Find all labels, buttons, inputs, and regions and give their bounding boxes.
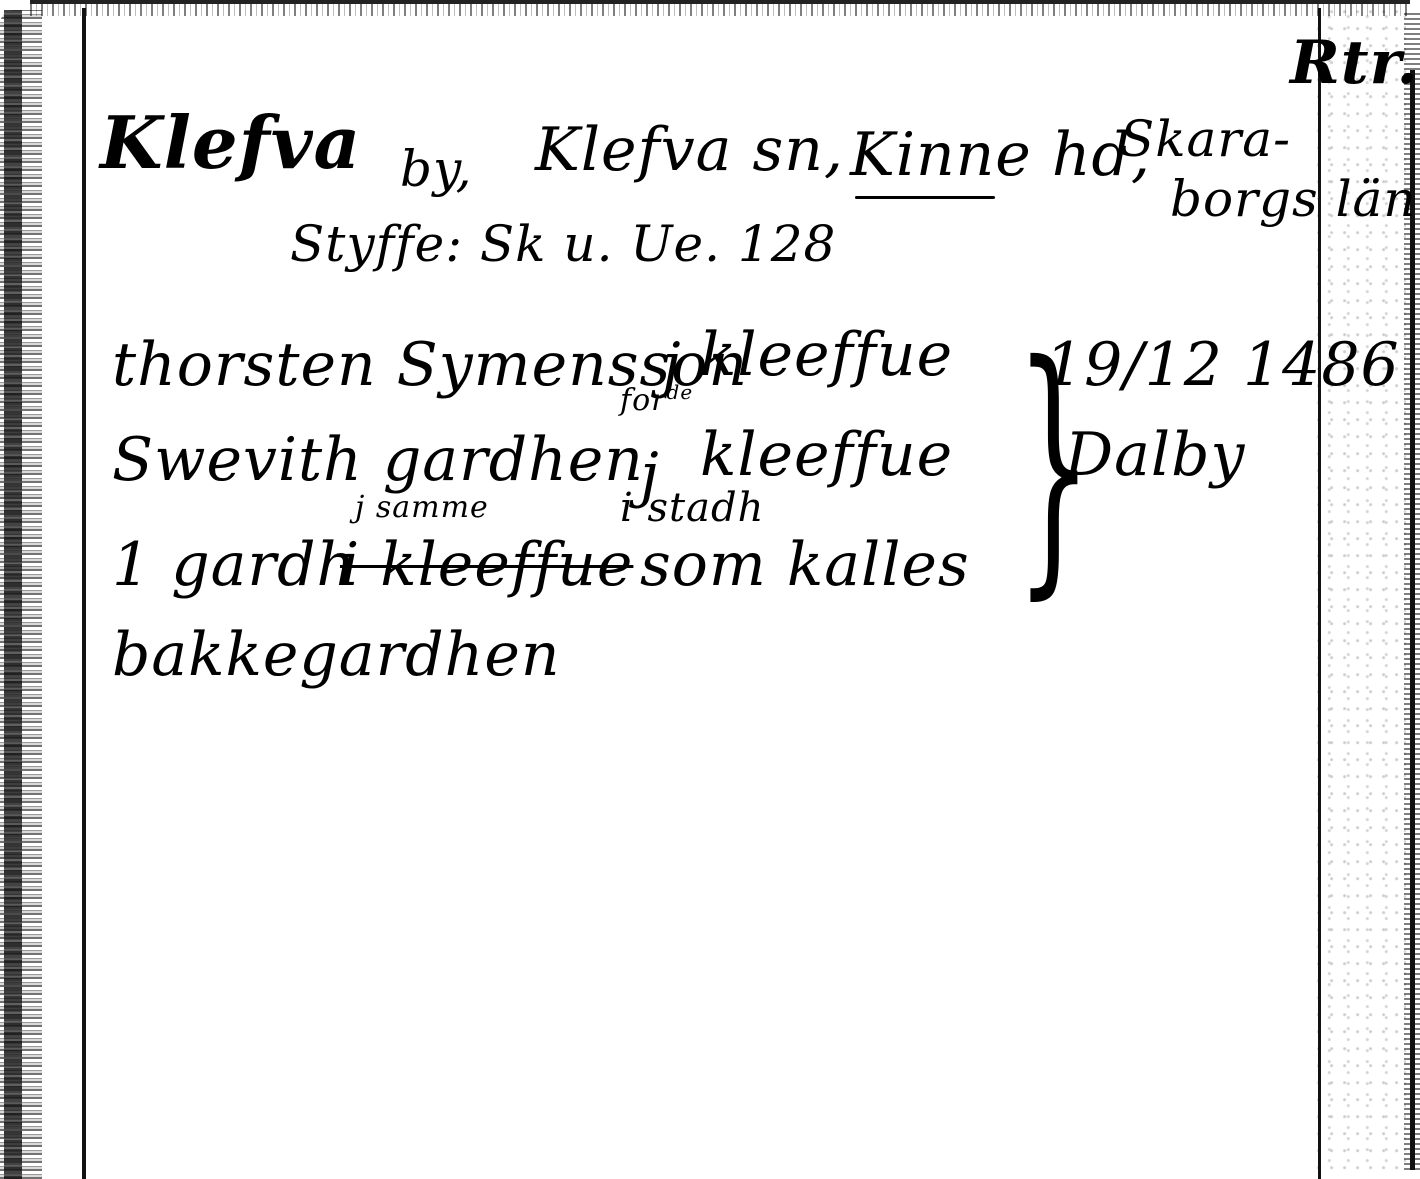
left-margin-rule — [82, 8, 86, 1179]
entry-line4-text: bakkegardhen — [112, 620, 560, 690]
insert-samme: j samme — [355, 490, 489, 525]
insert-stadh: i stadh — [620, 485, 764, 531]
source-reference: Styffe: Sk u. Ue. 128 — [290, 215, 836, 273]
entry-line2-place: kleeffue — [700, 420, 953, 490]
place-of-issue: Dalby — [1065, 420, 1245, 490]
heading-county-line1: Skara- — [1120, 110, 1291, 168]
entry-line2-text: Swevith gardhen — [112, 425, 644, 495]
corner-mark: Rtr. — [1290, 28, 1419, 98]
district-underline — [855, 196, 995, 199]
scan-left-edge — [0, 10, 42, 1179]
insert-for: forde — [620, 380, 693, 418]
document-date: 19/12 1486 — [1045, 330, 1400, 400]
entry-line3-text: 1 gardh — [112, 530, 356, 600]
heading-district: Kinne hd, — [850, 120, 1151, 190]
entry-line3-struck: i kleeffue — [340, 530, 633, 600]
index-card-scan: Rtr. Klefva by, Klefva sn, Kinne hd, Ska… — [0, 0, 1420, 1179]
entry-line3-rest: som kalles — [640, 530, 970, 600]
entry-line1-place: kleeffue — [700, 320, 953, 390]
heading-type: by, — [400, 140, 473, 198]
heading-county-line2: borgs län. — [1170, 170, 1420, 228]
scan-top-edge — [30, 0, 1410, 16]
scan-right-border — [1410, 70, 1415, 1170]
heading-place: Klefva — [100, 100, 361, 185]
heading-parish: Klefva sn, — [535, 115, 844, 185]
